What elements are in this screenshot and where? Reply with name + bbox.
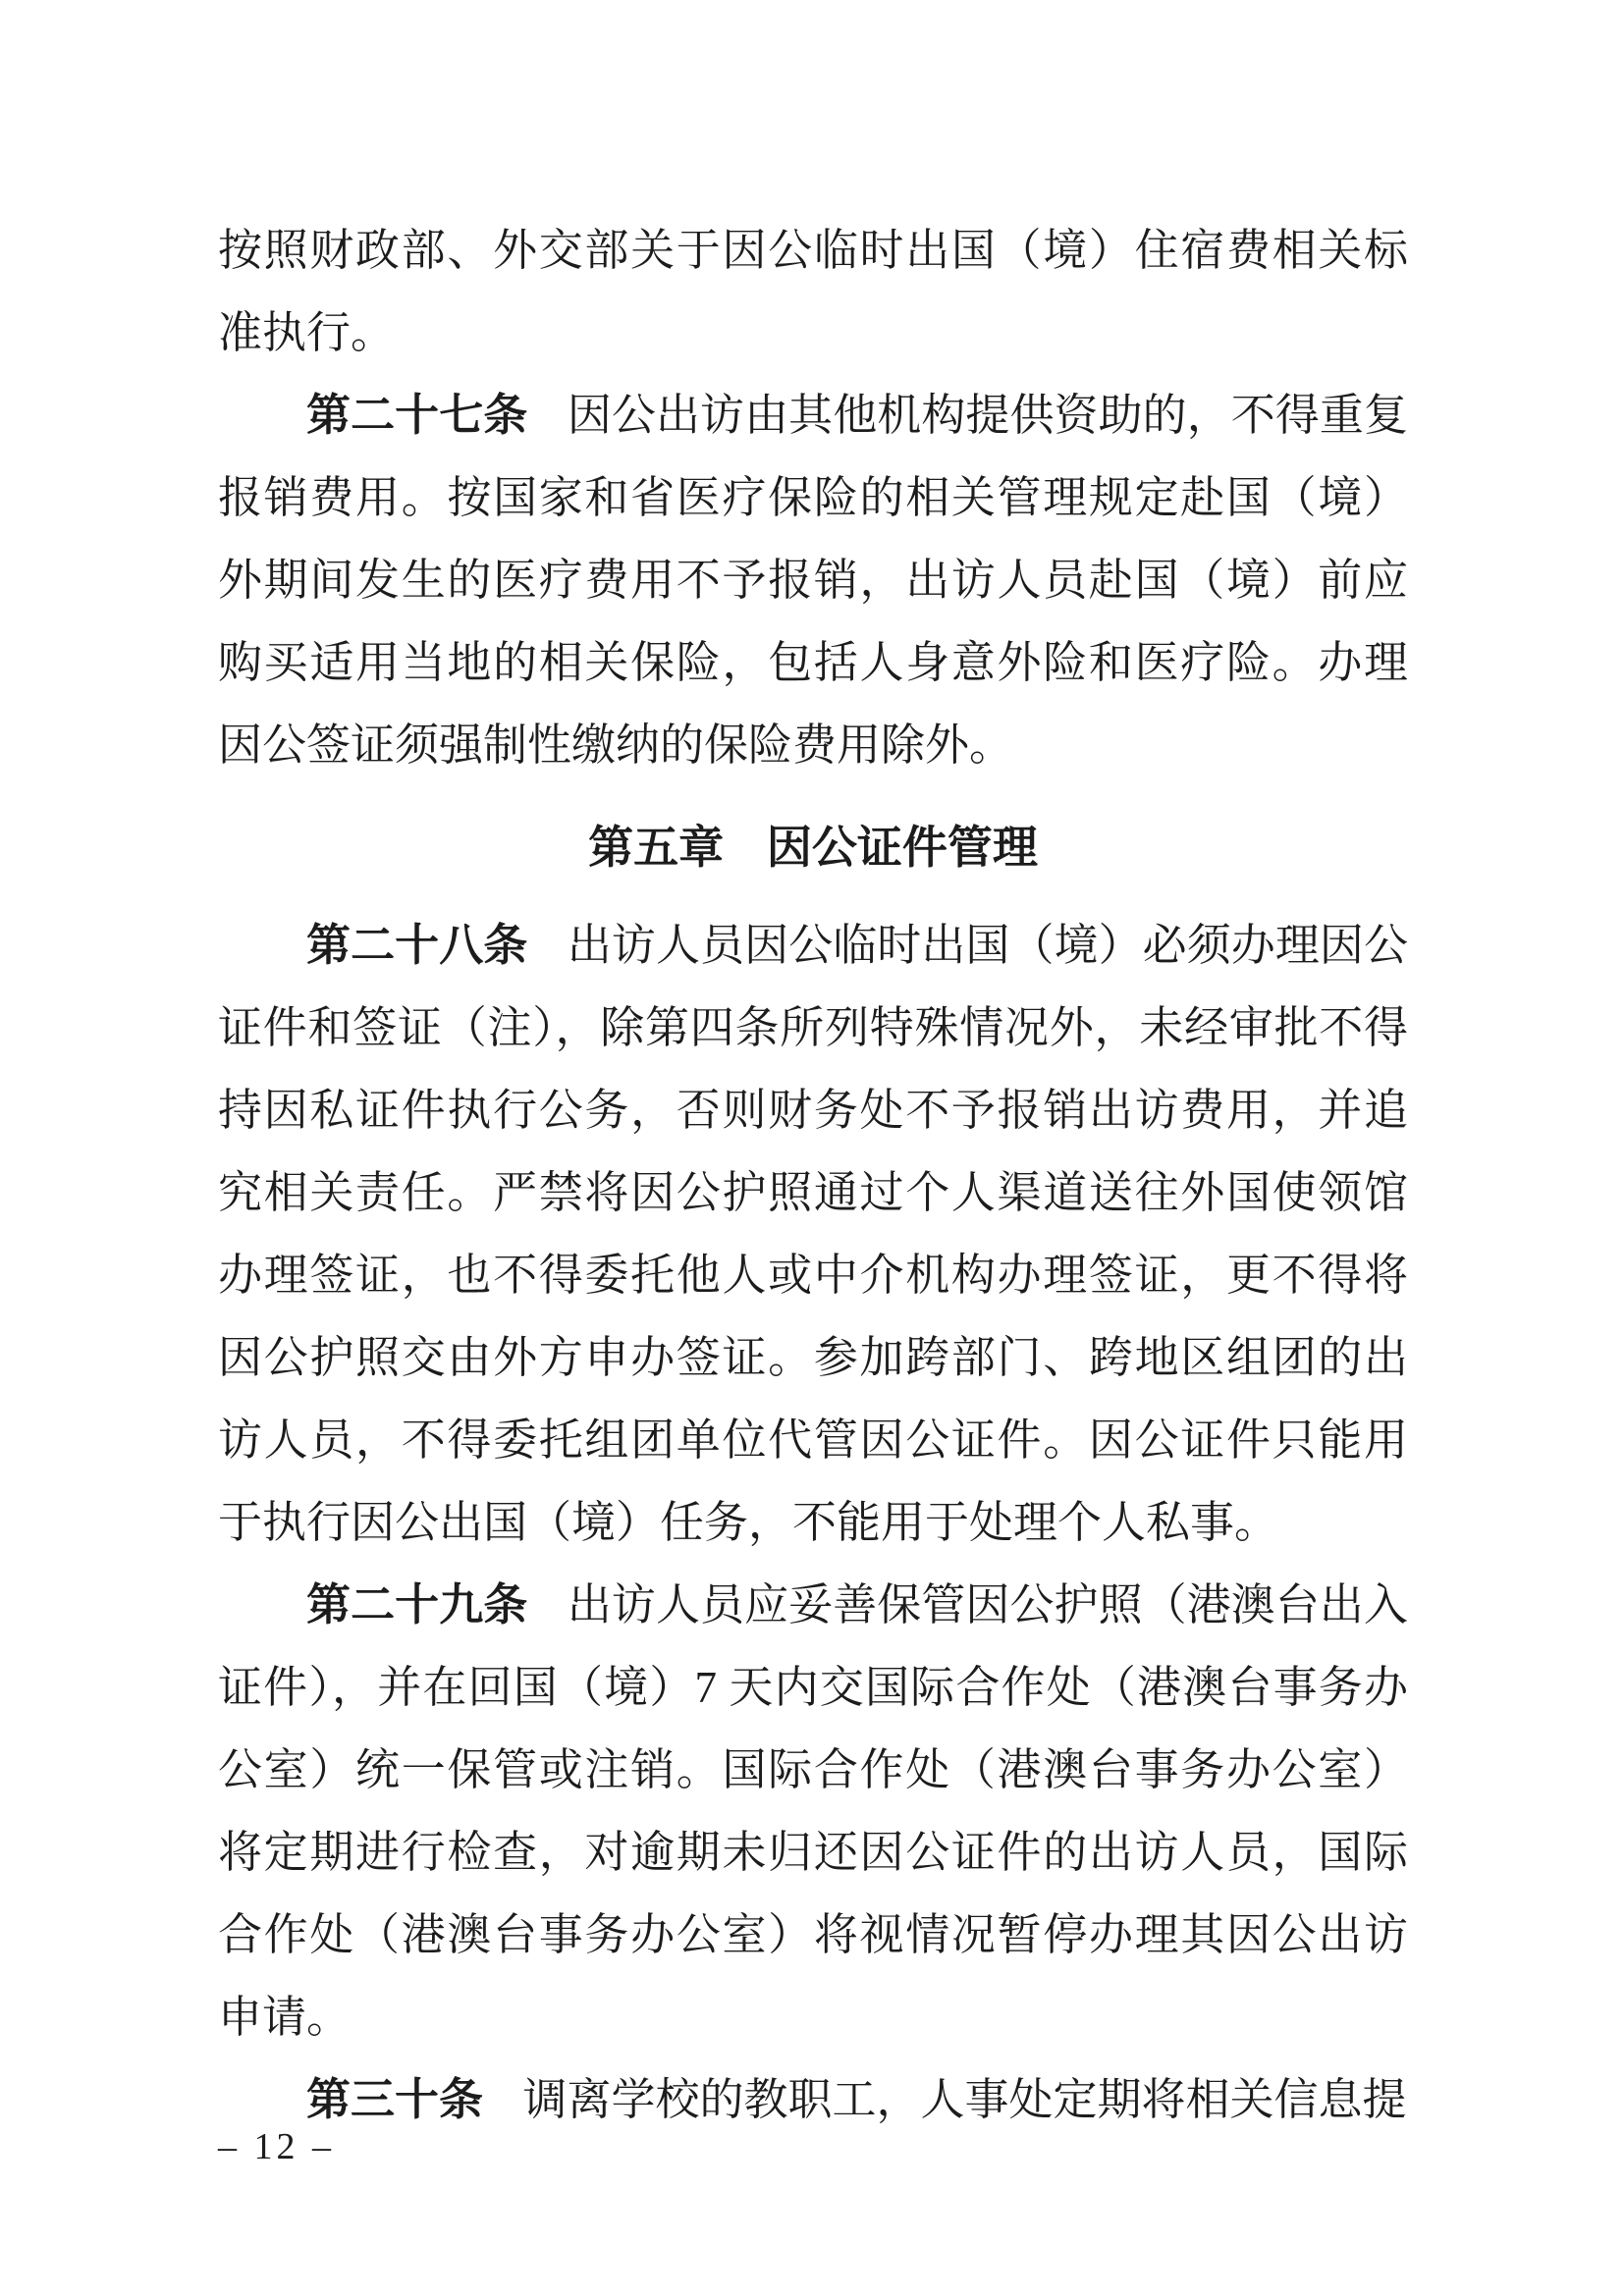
page-number: – 12 – [218,2123,335,2170]
paragraph-continuation-text: 按照财政部、外交部关于因公临时出国（境）住宿费相关标准执行。 [218,226,1408,357]
chapter-5-title: 因公证件管理 [767,822,1038,873]
paragraph-continuation: 按照财政部、外交部关于因公临时出国（境）住宿费相关标准执行。 [218,209,1408,374]
article-27-text: 因公出访由其他机构提供资助的，不得重复报销费用。按国家和省医疗保险的相关管理规定… [218,391,1408,770]
article-29-number: 第二十九条 [306,1580,527,1629]
paragraph-article-30: 第三十条调离学校的教职工，人事处定期将相关信息提 [218,2058,1408,2141]
document-body: 按照财政部、外交部关于因公临时出国（境）住宿费相关标准执行。 第二十七条因公出访… [218,209,1408,2141]
article-30-number: 第三十条 [306,2075,483,2124]
chapter-5-number: 第五章 [588,822,724,873]
paragraph-article-28: 第二十八条出访人员因公临时出国（境）必须办理因公证件和签证（注），除第四条所列特… [218,904,1408,1564]
article-30-text: 调离学校的教职工，人事处定期将相关信息提 [523,2075,1407,2124]
article-28-number: 第二十八条 [306,921,527,970]
article-29-text: 出访人员应妥善保管因公护照（港澳台出入证件），并在回国（境）7 天内交国际合作处… [218,1580,1408,2042]
document-page: 按照财政部、外交部关于因公临时出国（境）住宿费相关标准执行。 第二十七条因公出访… [0,0,1624,2296]
paragraph-article-29: 第二十九条出访人员应妥善保管因公护照（港澳台出入证件），并在回国（境）7 天内交… [218,1564,1408,2058]
chapter-5-heading: 第五章因公证件管理 [218,806,1408,888]
paragraph-article-27: 第二十七条因公出访由其他机构提供资助的，不得重复报销费用。按国家和省医疗保险的相… [218,374,1408,786]
article-27-number: 第二十七条 [306,391,527,440]
article-28-text: 出访人员因公临时出国（境）必须办理因公证件和签证（注），除第四条所列特殊情况外，… [218,921,1408,1547]
